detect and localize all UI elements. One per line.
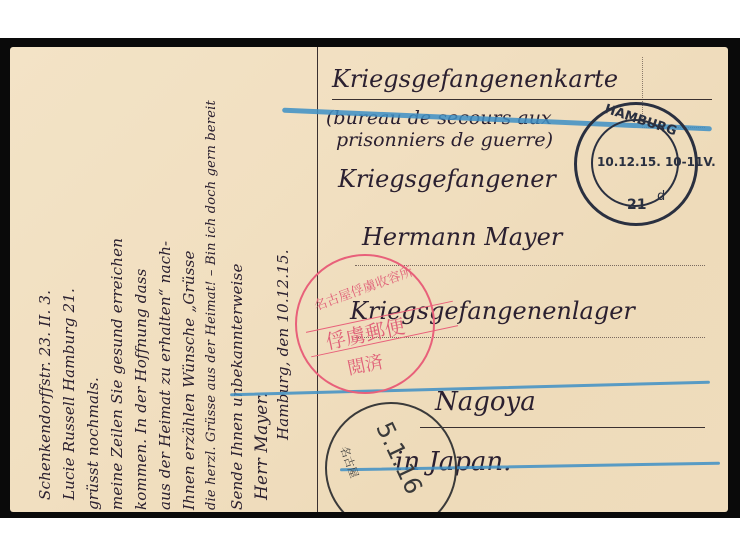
message-text-block: Hamburg, den 10.12.15. Herr Mayer. Sende… [24, 60, 314, 510]
message-salutation: Herr Mayer. [252, 392, 272, 500]
address-recipient-name: Hermann Mayer [362, 223, 562, 251]
jp-postmark-text: 名古屋 [336, 444, 362, 480]
japanese-arrival-postmark: 5.1.16 名古屋 [325, 402, 457, 512]
address-city-underline [420, 427, 705, 428]
jp-postmark-date: 5.1.16 [370, 417, 428, 498]
message-line: die herzl. Grüsse aus der Heimat! – Bin … [204, 100, 219, 510]
hamburg-postmark: HAMBURG 10.12.15. 10-11V. 21 d [574, 102, 698, 226]
message-line: Ihnen erzählen Wünsche „Grüsse [180, 250, 198, 510]
address-recipient-title: Kriegsgefangener [338, 165, 556, 193]
address-city: Nagoya [435, 387, 536, 417]
header-underline [332, 99, 712, 100]
postmark-letter: d [657, 189, 665, 204]
postmark-district: 21 [627, 197, 646, 213]
message-line: kommen. In der Hoffnung dass [132, 268, 150, 510]
message-line: aus der Heimat zu erhalten“ nach- [156, 241, 174, 510]
address-subheader-2: prisonniers de guerre) [336, 129, 553, 151]
postcard: Hamburg, den 10.12.15. Herr Mayer. Sende… [10, 47, 728, 512]
message-line: Sende Ihnen unbekannterweise [228, 263, 246, 510]
message-line: grüsst nochmals. [84, 377, 102, 510]
message-line: meine Zeilen Sie gesund erreichen [108, 238, 126, 510]
red-postmark-mid-text: 俘虜郵便 [323, 310, 407, 355]
red-censor-postmark: 名古屋俘虜收容所 俘虜郵便 閲済 [295, 254, 435, 394]
message-place-date: Hamburg, den 10.12.15. [274, 249, 292, 440]
message-sender-address: Schenkendorffstr. 23. II. 3. [36, 290, 54, 500]
postmark-date: 10.12.15. 10-11V. [597, 155, 716, 169]
red-postmark-bottom-text: 閲済 [345, 348, 386, 381]
address-header: Kriegsgefangenenkarte [332, 65, 618, 93]
message-signature: Lucie Russell Hamburg 21. [60, 288, 78, 500]
red-postmark-top-text: 名古屋俘虜收容所 [311, 261, 415, 314]
